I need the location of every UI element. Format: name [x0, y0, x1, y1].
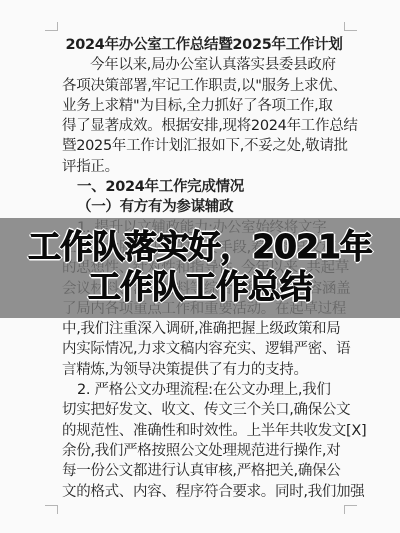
margin-crop-mark-bottom-left: [45, 505, 58, 514]
document-photo: 2024年办公室工作总结暨2025年工作计划今年以来,局办公室认真落实县委县政府…: [0, 0, 400, 533]
watermark-title-line-2: 工作队工作总结: [0, 267, 400, 307]
document-line: 的规范性、准确性和时效性。上半年共收发文[X]: [62, 421, 346, 441]
margin-crop-mark-bottom-right: [344, 505, 357, 514]
document-line: 切实把好发文、收文、传文三个关口,确保公文: [62, 400, 346, 420]
document-line: 得了显著成效。根据安排,现将2024年工作总结: [62, 116, 346, 136]
watermark-band: 工作队落实好，2021年 工作队工作总结: [0, 218, 400, 318]
document-line: 每一份公文都进行认真审核,严格把关,确保公: [62, 461, 346, 481]
document-line: 文的格式、内容、程序符合要求。同时,我们加强: [62, 482, 346, 502]
document-line: 2024年办公室工作总结暨2025年工作计划: [62, 35, 346, 55]
document-line: 言精炼,为领导决策提供了有力的支持。: [62, 360, 346, 380]
document-line: 今年以来,局办公室认真落实县委县政府: [62, 55, 346, 75]
document-line: 评指正。: [62, 157, 346, 177]
document-line: 各项决策部署,牢记工作职责,以"服务上求优、: [62, 76, 346, 96]
margin-crop-mark-top-right: [344, 22, 357, 31]
document-line: 一、2024年工作完成情况: [62, 177, 346, 197]
document-line: （一）有方有为参谋辅政: [62, 197, 346, 217]
watermark-title-line-1: 工作队落实好，2021年: [0, 227, 400, 267]
margin-crop-mark-top-left: [45, 22, 58, 31]
watermark-title: 工作队落实好，2021年 工作队工作总结: [0, 227, 400, 307]
document-line: 内实际情况,力求文稿内容充实、逻辑严密、语: [62, 339, 346, 359]
document-line: 业务上求精"为目标,全力抓好了各项工作,取: [62, 96, 346, 116]
document-line: 余份,我们严格按照公文处理规范进行操作,对: [62, 441, 346, 461]
document-line: 暨2025年工作计划汇报如下,不妥之处,敬请批: [62, 136, 346, 156]
document-line: 中,我们注重深入调研,准确把握上级政策和局: [62, 319, 346, 339]
document-line: 2. 严格公文办理流程:在公文办理上,我们: [62, 380, 346, 400]
